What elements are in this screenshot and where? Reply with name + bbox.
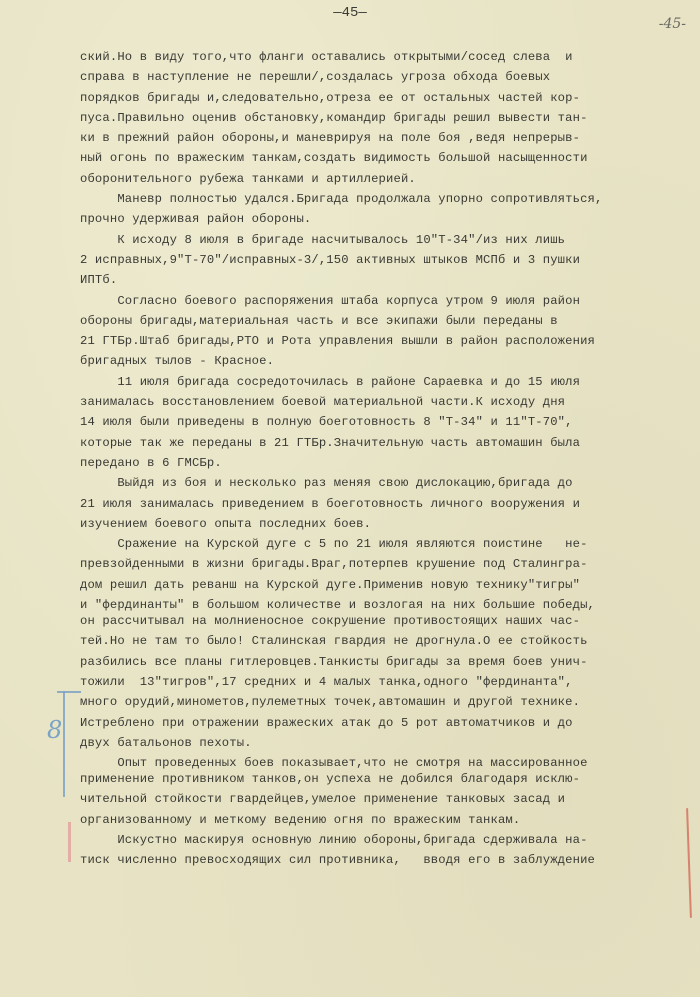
text-line: оборонительного рубежа танками и артилле… bbox=[80, 169, 700, 189]
text-line: прочно удерживая район обороны. bbox=[80, 209, 700, 229]
text-line: чительной стойкости гвардейцев,умелое пр… bbox=[80, 789, 700, 809]
text-line: организованному и меткому ведению огня п… bbox=[80, 810, 700, 830]
text-line: 2 исправных,9"Т-70"/исправных-3/,150 акт… bbox=[80, 250, 700, 270]
margin-bracket-top bbox=[57, 691, 81, 693]
page-number: —45— bbox=[0, 5, 700, 21]
margin-annotation: 8 bbox=[47, 716, 62, 744]
text-line: 14 июля были приведены в полную боеготов… bbox=[80, 412, 700, 432]
text-line: ный огонь по вражеским танкам,создать ви… bbox=[80, 148, 700, 168]
text-line: тей.Но не там то было! Сталинская гварди… bbox=[80, 631, 700, 651]
text-line: занималась восстановлением боевой матери… bbox=[80, 392, 700, 412]
text-line: Выйдя из боя и несколько раз меняя свою … bbox=[80, 473, 700, 493]
text-line: тиск численно превосходящих сил противни… bbox=[80, 850, 700, 870]
text-line: 11 июля бригада сосредоточилась в районе… bbox=[80, 372, 700, 392]
archive-page-number: -45- bbox=[659, 16, 686, 32]
document-body: ский.Но в виду того,что фланги оставалис… bbox=[80, 47, 700, 871]
text-line: 21 ГТБр.Штаб бригады,РТО и Рота управлен… bbox=[80, 331, 700, 351]
document-page: —45— -45- ский.Но в виду того,что фланги… bbox=[0, 0, 700, 997]
text-line: 21 июля занималась приведением в боегото… bbox=[80, 494, 700, 514]
text-line: Искустно маскируя основную линию обороны… bbox=[80, 830, 700, 850]
text-line: справа в наступление не перешли/,создала… bbox=[80, 67, 700, 87]
text-line: применение противником танков,он успеха … bbox=[80, 769, 700, 789]
margin-bracket bbox=[63, 691, 65, 797]
text-line: Истреблено при отражении вражеских атак … bbox=[80, 713, 700, 733]
text-line: Опыт проведенных боев показывает,что не … bbox=[80, 753, 700, 769]
text-line: Маневр полностью удался.Бригада продолжа… bbox=[80, 189, 700, 209]
text-line: Сражение на Курской дуге с 5 по 21 июля … bbox=[80, 534, 700, 554]
text-line: изучением боевого опыта последних боев. bbox=[80, 514, 700, 534]
text-line: разбились все планы гитлеровцев.Танкисты… bbox=[80, 652, 700, 672]
text-line: он рассчитывал на молниеносное сокрушени… bbox=[80, 611, 700, 631]
text-line: ки в прежний район обороны,и маневрируя … bbox=[80, 128, 700, 148]
text-line: много орудий,минометов,пулеметных точек,… bbox=[80, 692, 700, 712]
text-line: К исходу 8 июля в бригаде насчитывалось … bbox=[80, 230, 700, 250]
text-line: дом решил дать реванш на Курской дуге.Пр… bbox=[80, 575, 700, 595]
text-line: бригадных тылов - Красное. bbox=[80, 351, 700, 371]
text-line: Согласно боевого распоряжения штаба корп… bbox=[80, 291, 700, 311]
text-line: которые так же переданы в 21 ГТБр.Значит… bbox=[80, 433, 700, 453]
text-line: и "фердинанты" в большом количестве и во… bbox=[80, 595, 700, 611]
text-line: ский.Но в виду того,что фланги оставалис… bbox=[80, 47, 700, 67]
red-margin-mark-left bbox=[68, 822, 71, 862]
text-line: порядков бригады и,следовательно,отреза … bbox=[80, 88, 700, 108]
text-line: пуса.Правильно оценив обстановку,команди… bbox=[80, 108, 700, 128]
text-line: ИПТб. bbox=[80, 270, 700, 290]
text-line: передано в 6 ГМСБр. bbox=[80, 453, 700, 473]
text-line: тожили 13"тигров",17 средних и 4 малых т… bbox=[80, 672, 700, 692]
text-line: превзойденными в жизни бригады.Враг,поте… bbox=[80, 554, 700, 574]
text-line: двух батальонов пехоты. bbox=[80, 733, 700, 753]
text-line: обороны бригады,материальная часть и все… bbox=[80, 311, 700, 331]
